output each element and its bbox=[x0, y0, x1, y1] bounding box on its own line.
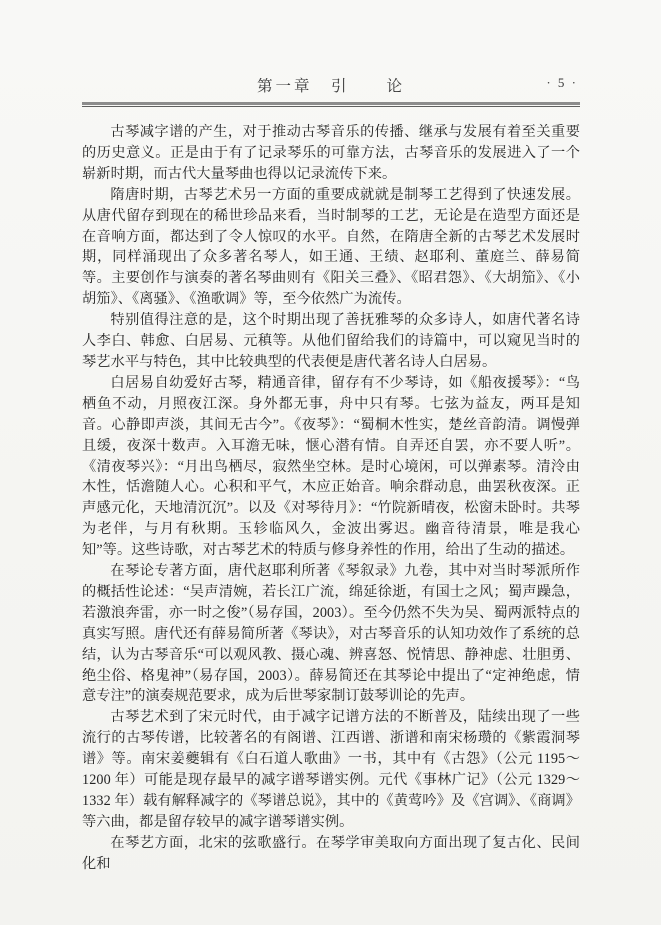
paragraph: 古琴艺术到了宋元时代，由于减字记谱方法的不断普及，陆续出现了一些流行的古琴传谱，… bbox=[82, 707, 580, 832]
page-number: · 5 · bbox=[546, 75, 578, 91]
chapter-title: 第一章 引 论 bbox=[82, 74, 580, 96]
paragraph: 特别值得注意的是，这个时期出现了善抚雅琴的众多诗人，如唐代著名诗人李白、韩愈、白… bbox=[82, 310, 580, 373]
paragraph: 古琴减字谱的产生，对于推动古琴音乐的传播、继承与发展有着至关重要的历史意义。正是… bbox=[82, 122, 580, 185]
paragraph: 白居易自幼爱好古琴，精通音律，留存有不少琴诗，如《船夜援琴》：“鸟栖鱼不动，月照… bbox=[82, 373, 580, 561]
paragraph: 隋唐时期，古琴艺术另一方面的重要成就就是制琴工艺得到了快速发展。从唐代留存到现在… bbox=[82, 185, 580, 310]
running-header: 第一章 引 论 · 5 · bbox=[82, 74, 580, 100]
paragraph: 在琴艺方面，北宋的弦歌盛行。在琴学审美取向方面出现了复古化、民间化和 bbox=[82, 833, 580, 875]
paragraph: 在琴论专著方面，唐代赵耶利所著《琴叙录》九卷，其中对当时琴派所作的概括性论述：“… bbox=[82, 561, 580, 707]
scanned-book-page: 第一章 引 论 · 5 · 古琴减字谱的产生，对于推动古琴音乐的传播、继承与发展… bbox=[0, 0, 661, 925]
header-rule bbox=[82, 102, 580, 107]
page-content: 第一章 引 论 · 5 · 古琴减字谱的产生，对于推动古琴音乐的传播、继承与发展… bbox=[82, 0, 580, 875]
body-text: 古琴减字谱的产生，对于推动古琴音乐的传播、继承与发展有着至关重要的历史意义。正是… bbox=[82, 122, 580, 875]
